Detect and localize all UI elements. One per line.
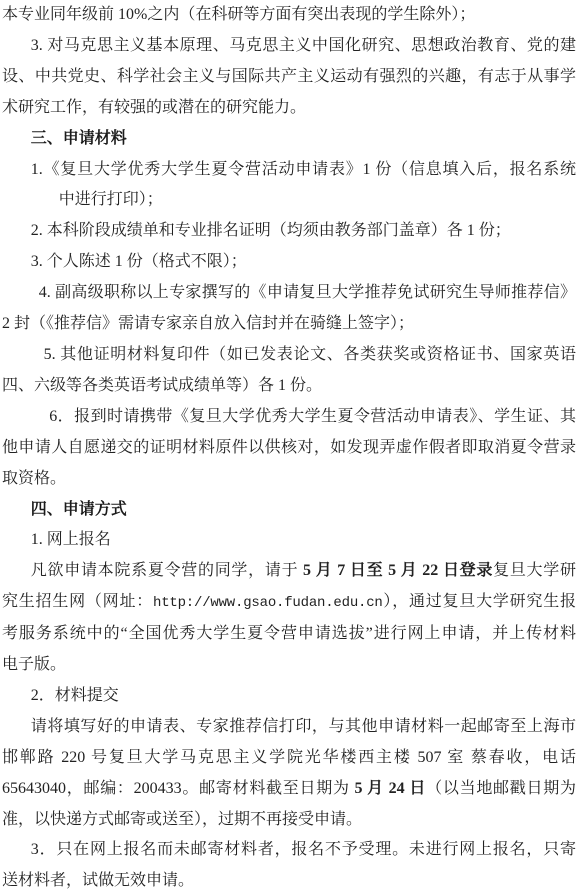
text-segment: 四、六级等各类英语考试成绩单等）各 1 份。 [2,377,322,394]
text-line: 送材料者，试做无效申请。 [2,866,576,896]
text-segment: 复旦大学研 [493,562,576,579]
text-line: 5. 其他证明材料复印件（如已发表论文、各类获奖或资格证书、国家英语 [2,340,576,371]
text-segment: 请将填写好的申请表、专家推荐信打印，与其他申请材料一起邮寄至上海市 [31,718,576,735]
document-page: 本专业同年级前 10%之内（在科研等方面有突出表现的学生除外）；3. 对马克思主… [0,0,578,896]
text-segment: 凡欲申请本院系夏令营的同学，请于 [31,562,303,579]
text-segment: 术研究工作，有较强的或潜在的研究能力。 [2,99,306,116]
text-segment: 3．只在网上报名而未邮寄材料者，报名不予受理。未进行网上报名，只寄 [31,841,576,858]
text-segment: （以当地邮戳日期为 [426,780,576,797]
text-line: 2．材料提交 [2,681,576,712]
text-line: 3. 个人陈述 1 份（格式不限）； [2,247,576,278]
heading-application-materials: 三、申请材料 [2,124,576,155]
text-line: 1. 网上报名 [2,525,576,556]
text-line: 术研究工作，有较强的或潜在的研究能力。 [2,93,576,124]
text-segment: 邯郸路 220 号复旦大学马克思主义学院光华楼西主楼 507 室 蔡春收，电话 [2,749,576,766]
text-segment: 考服务系统中的“全国优秀大学生夏令营申请选拔”进行网上申请，并上传材料 [2,625,576,642]
section-heading-text: 四、申请方式 [31,501,127,518]
text-segment: 2 封（《推荐信》需请专家亲自放入信封并在骑缝上签字）； [2,315,414,332]
text-line: 请将填写好的申请表、专家推荐信打印，与其他申请材料一起邮寄至上海市 [2,712,576,743]
text-line: 准，以快递方式邮寄或送至），过期不再接受申请。 [2,805,576,836]
text-segment: 5 月 24 日 [354,780,426,797]
text-segment: 中进行打印）； [59,191,163,208]
text-segment: 5. 其他证明材料复印件（如已发表论文、各类获奖或资格证书、国家英语 [44,346,576,363]
text-segment: 2. 本科阶段成绩单和专业排名证明（均须由教务部门盖章）各 1 份； [31,222,511,239]
text-segment: 6．报到时请携带《复旦大学优秀大学生夏令营活动申请表》、学生证、其 [49,408,576,425]
text-line: 他申请人自愿递交的证明材料原件以供核对，如发现弄虚作假者即取消夏令营录 [2,433,576,464]
text-line: 6．报到时请携带《复旦大学优秀大学生夏令营活动申请表》、学生证、其 [2,402,576,433]
text-segment: 送材料者，试做无效申请。 [2,872,194,889]
text-line: 2. 本科阶段成绩单和专业排名证明（均须由教务部门盖章）各 1 份； [2,216,576,247]
text-segment: 设、中共党史、科学社会主义与国际共产主义运动有强烈的兴趣，有志于从事学 [2,68,576,85]
text-segment: 电子版。 [2,656,66,673]
text-line: 本专业同年级前 10%之内（在科研等方面有突出表现的学生除外）； [2,0,576,31]
text-line: 取资格。 [2,464,576,495]
text-line: 四、六级等各类英语考试成绩单等）各 1 份。 [2,371,576,402]
text-segment: 65643040，邮编：200433。邮寄材料截至日期为 [2,780,354,797]
text-segment: 究生招生网（网址： [2,593,153,610]
text-segment: 本专业同年级前 10%之内（在科研等方面有突出表现的学生除外）； [2,6,475,23]
heading-application-method: 四、申请方式 [2,495,576,526]
text-line: 1.《复旦大学优秀大学生夏令营活动申请表》1 份（信息填入后，报名系统 [2,155,576,186]
text-segment: 5 月 7 日至 5 月 22 日登录 [303,562,493,579]
text-segment: 3. 个人陈述 1 份（格式不限）； [31,253,247,270]
section-heading-text: 三、申请材料 [31,130,127,147]
text-segment: ），通过复旦大学研究生报 [383,593,576,610]
url-text: http://www.gsao.fudan.edu.cn [153,595,383,611]
document-content: 本专业同年级前 10%之内（在科研等方面有突出表现的学生除外）；3. 对马克思主… [2,0,576,896]
text-line: 4. 副高级职称以上专家撰写的《申请复旦大学推荐免试研究生导师推荐信》 [2,278,576,309]
text-segment: 1.《复旦大学优秀大学生夏令营活动申请表》1 份（信息填入后，报名系统 [31,161,576,178]
text-segment: 准，以快递方式邮寄或送至），过期不再接受申请。 [2,811,362,828]
text-line: 究生招生网（网址：http://www.gsao.fudan.edu.cn），通… [2,587,576,619]
text-line: 邯郸路 220 号复旦大学马克思主义学院光华楼西主楼 507 室 蔡春收，电话 [2,743,576,774]
text-segment: 1. 网上报名 [31,531,111,548]
text-line: 2 封（《推荐信》需请专家亲自放入信封并在骑缝上签字）； [2,309,576,340]
text-line: 凡欲申请本院系夏令营的同学，请于 5 月 7 日至 5 月 22 日登录复旦大学… [2,556,576,587]
text-line: 3. 对马克思主义基本原理、马克思主义中国化研究、思想政治教育、党的建 [2,31,576,62]
text-segment: 3. 对马克思主义基本原理、马克思主义中国化研究、思想政治教育、党的建 [31,37,576,54]
text-line: 3．只在网上报名而未邮寄材料者，报名不予受理。未进行网上报名，只寄 [2,835,576,866]
text-line: 65643040，邮编：200433。邮寄材料截至日期为 5 月 24 日（以当… [2,774,576,805]
text-segment: 4. 副高级职称以上专家撰写的《申请复旦大学推荐免试研究生导师推荐信》 [39,284,576,301]
text-line: 中进行打印）； [2,185,576,216]
text-line: 考服务系统中的“全国优秀大学生夏令营申请选拔”进行网上申请，并上传材料 [2,619,576,650]
text-segment: 他申请人自愿递交的证明材料原件以供核对，如发现弄虚作假者即取消夏令营录 [2,439,576,456]
text-segment: 2．材料提交 [31,687,119,704]
text-line: 电子版。 [2,650,576,681]
text-line: 设、中共党史、科学社会主义与国际共产主义运动有强烈的兴趣，有志于从事学 [2,62,576,93]
text-segment: 取资格。 [2,470,66,487]
